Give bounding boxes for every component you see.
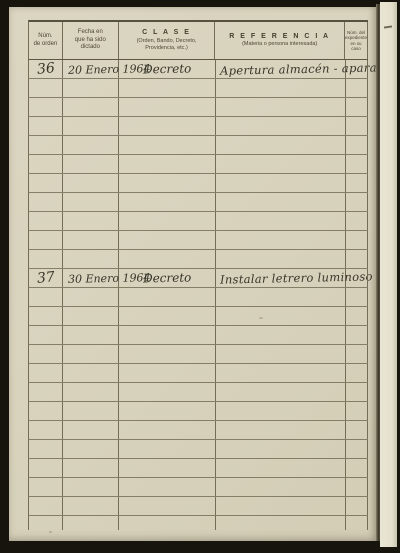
cell-fecha — [63, 117, 119, 135]
cell-clase — [119, 402, 216, 420]
cell-num — [29, 326, 63, 344]
cell-fecha — [63, 174, 119, 192]
cell-num — [29, 307, 63, 325]
table-row — [28, 459, 368, 478]
cell-num — [29, 117, 63, 135]
cell-clase — [119, 136, 216, 154]
table-row — [28, 440, 368, 459]
scanned-ledger-screenshot: Núm. de orden Fecha en que ha sido dicta… — [0, 0, 400, 553]
cell-num — [29, 136, 63, 154]
table-row — [28, 307, 368, 326]
handwritten-clase: Decreto — [143, 270, 192, 285]
paper-speck — [49, 531, 52, 533]
cell-num — [29, 288, 63, 306]
cell-referencia — [216, 193, 346, 211]
cell-referencia — [216, 516, 346, 530]
handwritten-clase: Decreto — [143, 61, 192, 76]
handwritten-num: 36 — [36, 60, 55, 78]
cell-expediente — [346, 79, 368, 97]
cell-expediente — [346, 155, 368, 173]
cell-referencia — [216, 383, 346, 401]
cell-referencia — [216, 364, 346, 382]
cell-expediente — [346, 117, 368, 135]
cell-referencia — [216, 250, 346, 268]
cell-expediente — [346, 98, 368, 116]
header-expediente-line4: caso — [351, 46, 361, 51]
table-row — [28, 117, 368, 136]
table-row: 3620 Enero 1964DecretoApertura almacén -… — [28, 60, 368, 79]
table-row — [28, 231, 368, 250]
cell-expediente — [346, 231, 368, 249]
header-fecha-line3: dictado — [81, 44, 100, 52]
cell-referencia — [216, 326, 346, 344]
cell-clase: Decreto — [119, 269, 216, 287]
cell-num — [29, 250, 63, 268]
cell-referencia — [216, 174, 346, 192]
cell-num — [29, 459, 63, 477]
ledger-table: Núm. de orden Fecha en que ha sido dicta… — [28, 20, 368, 530]
cell-referencia — [216, 136, 346, 154]
cell-expediente — [346, 326, 368, 344]
cell-fecha: 20 Enero 1964 — [63, 60, 119, 78]
cell-referencia — [216, 307, 346, 325]
cell-fecha — [63, 155, 119, 173]
table-row — [28, 345, 368, 364]
cell-expediente — [346, 459, 368, 477]
table-row — [28, 421, 368, 440]
cell-clase — [119, 117, 216, 135]
paper-speck — [259, 317, 263, 319]
cell-referencia — [216, 117, 346, 135]
cell-num — [29, 231, 63, 249]
table-row — [28, 364, 368, 383]
cell-clase — [119, 307, 216, 325]
cell-expediente — [346, 516, 368, 530]
cell-expediente — [346, 497, 368, 515]
table-body: 3620 Enero 1964DecretoApertura almacén -… — [28, 60, 368, 530]
cell-clase — [119, 459, 216, 477]
table-row — [28, 288, 368, 307]
cell-fecha — [63, 98, 119, 116]
cell-num: 36 — [29, 60, 63, 78]
cell-fecha — [63, 288, 119, 306]
cell-clase — [119, 364, 216, 382]
cell-fecha — [63, 364, 119, 382]
cell-clase — [119, 326, 216, 344]
cell-fecha — [63, 212, 119, 230]
cell-fecha — [63, 250, 119, 268]
header-num-line1: Núm. — [38, 33, 52, 41]
cell-num — [29, 383, 63, 401]
cell-clase — [119, 497, 216, 515]
cell-referencia — [216, 79, 346, 97]
cell-referencia — [216, 98, 346, 116]
cell-num — [29, 497, 63, 515]
header-cell-clase: C L A S E (Orden, Bando, Decreto, Provid… — [119, 22, 216, 59]
cell-num — [29, 193, 63, 211]
cell-num — [29, 364, 63, 382]
cell-num — [29, 402, 63, 420]
cell-fecha — [63, 497, 119, 515]
cell-referencia: Apertura almacén - aparato — [216, 60, 346, 78]
cell-clase — [119, 345, 216, 363]
header-clase-title: C L A S E — [142, 29, 191, 38]
cell-expediente — [346, 60, 368, 78]
header-referencia-sub1: (Materia o persona interesada) — [242, 41, 317, 48]
cell-fecha — [63, 516, 119, 530]
cell-expediente — [346, 193, 368, 211]
header-cell-referencia: R E F E R E N C I A (Materia o persona i… — [215, 22, 345, 59]
cell-num — [29, 155, 63, 173]
cell-expediente — [346, 402, 368, 420]
cell-expediente — [346, 421, 368, 439]
cell-expediente — [346, 307, 368, 325]
cell-clase — [119, 250, 216, 268]
header-clase-sub1: (Orden, Bando, Decreto, — [137, 38, 197, 45]
cell-clase — [119, 421, 216, 439]
table-row — [28, 193, 368, 212]
cell-referencia — [216, 212, 346, 230]
cell-num — [29, 79, 63, 97]
table-row — [28, 212, 368, 231]
cell-expediente — [346, 383, 368, 401]
cell-expediente — [346, 174, 368, 192]
cell-clase — [119, 440, 216, 458]
cell-clase — [119, 478, 216, 496]
cell-fecha — [63, 440, 119, 458]
table-row — [28, 250, 368, 269]
cell-fecha — [63, 402, 119, 420]
header-num-line2: de orden — [34, 41, 58, 49]
cell-fecha — [63, 136, 119, 154]
cell-referencia — [216, 478, 346, 496]
cell-fecha — [63, 383, 119, 401]
cell-clase — [119, 231, 216, 249]
cell-fecha — [63, 421, 119, 439]
table-row — [28, 174, 368, 193]
cell-clase — [119, 79, 216, 97]
cell-num — [29, 516, 63, 530]
cell-fecha — [63, 79, 119, 97]
cell-clase — [119, 383, 216, 401]
cell-expediente — [346, 364, 368, 382]
cell-referencia — [216, 345, 346, 363]
cell-referencia — [216, 231, 346, 249]
cell-clase — [119, 174, 216, 192]
cell-fecha — [63, 459, 119, 477]
header-fecha-line1: Fecha en — [78, 29, 103, 37]
cell-fecha: 30 Enero 1964 — [63, 269, 119, 287]
cell-num — [29, 174, 63, 192]
table-row: 3730 Enero 1964DecretoInstalar letrero l… — [28, 269, 368, 288]
header-cell-expediente: Núm. del expediente en su caso — [345, 22, 368, 59]
cell-fecha — [63, 231, 119, 249]
cell-expediente — [346, 212, 368, 230]
table-row — [28, 497, 368, 516]
cell-clase — [119, 98, 216, 116]
cell-expediente — [346, 269, 368, 287]
header-clase-sub2: Providencia, etc.) — [145, 45, 188, 52]
cell-fecha — [63, 307, 119, 325]
cell-expediente — [346, 478, 368, 496]
cell-num — [29, 421, 63, 439]
cell-referencia — [216, 459, 346, 477]
cell-num: 37 — [29, 269, 63, 287]
cell-num — [29, 98, 63, 116]
table-row-stub — [28, 516, 368, 530]
table-row — [28, 402, 368, 421]
cell-fecha — [63, 478, 119, 496]
table-header-row: Núm. de orden Fecha en que ha sido dicta… — [28, 20, 368, 60]
table-row — [28, 98, 368, 117]
header-fecha-line2: que ha sido — [75, 37, 106, 45]
facing-page-edge — [380, 2, 397, 547]
cell-num — [29, 478, 63, 496]
cell-referencia: Instalar letrero luminoso — [216, 269, 346, 287]
margin-tick-mark — [384, 25, 392, 28]
table-row — [28, 155, 368, 174]
cell-fecha — [63, 193, 119, 211]
table-row — [28, 383, 368, 402]
handwritten-num: 37 — [36, 269, 55, 287]
cell-expediente — [346, 250, 368, 268]
header-referencia-title: R E F E R E N C I A — [229, 33, 330, 42]
cell-referencia — [216, 440, 346, 458]
cell-expediente — [346, 288, 368, 306]
cell-referencia — [216, 421, 346, 439]
cell-clase — [119, 516, 216, 530]
cell-clase — [119, 193, 216, 211]
cell-fecha — [63, 345, 119, 363]
ledger-page: Núm. de orden Fecha en que ha sido dicta… — [9, 7, 376, 541]
cell-referencia — [216, 497, 346, 515]
cell-referencia — [216, 155, 346, 173]
header-cell-num: Núm. de orden — [29, 22, 63, 59]
cell-referencia — [216, 402, 346, 420]
table-row — [28, 79, 368, 98]
cell-num — [29, 345, 63, 363]
cell-clase — [119, 155, 216, 173]
cell-expediente — [346, 345, 368, 363]
cell-num — [29, 212, 63, 230]
cell-expediente — [346, 440, 368, 458]
header-cell-fecha: Fecha en que ha sido dictado — [63, 22, 119, 59]
cell-num — [29, 440, 63, 458]
cell-expediente — [346, 136, 368, 154]
cell-fecha — [63, 326, 119, 344]
cell-referencia — [216, 288, 346, 306]
table-row — [28, 478, 368, 497]
table-row — [28, 326, 368, 345]
cell-clase: Decreto — [119, 60, 216, 78]
table-row — [28, 136, 368, 155]
cell-clase — [119, 288, 216, 306]
cell-clase — [119, 212, 216, 230]
